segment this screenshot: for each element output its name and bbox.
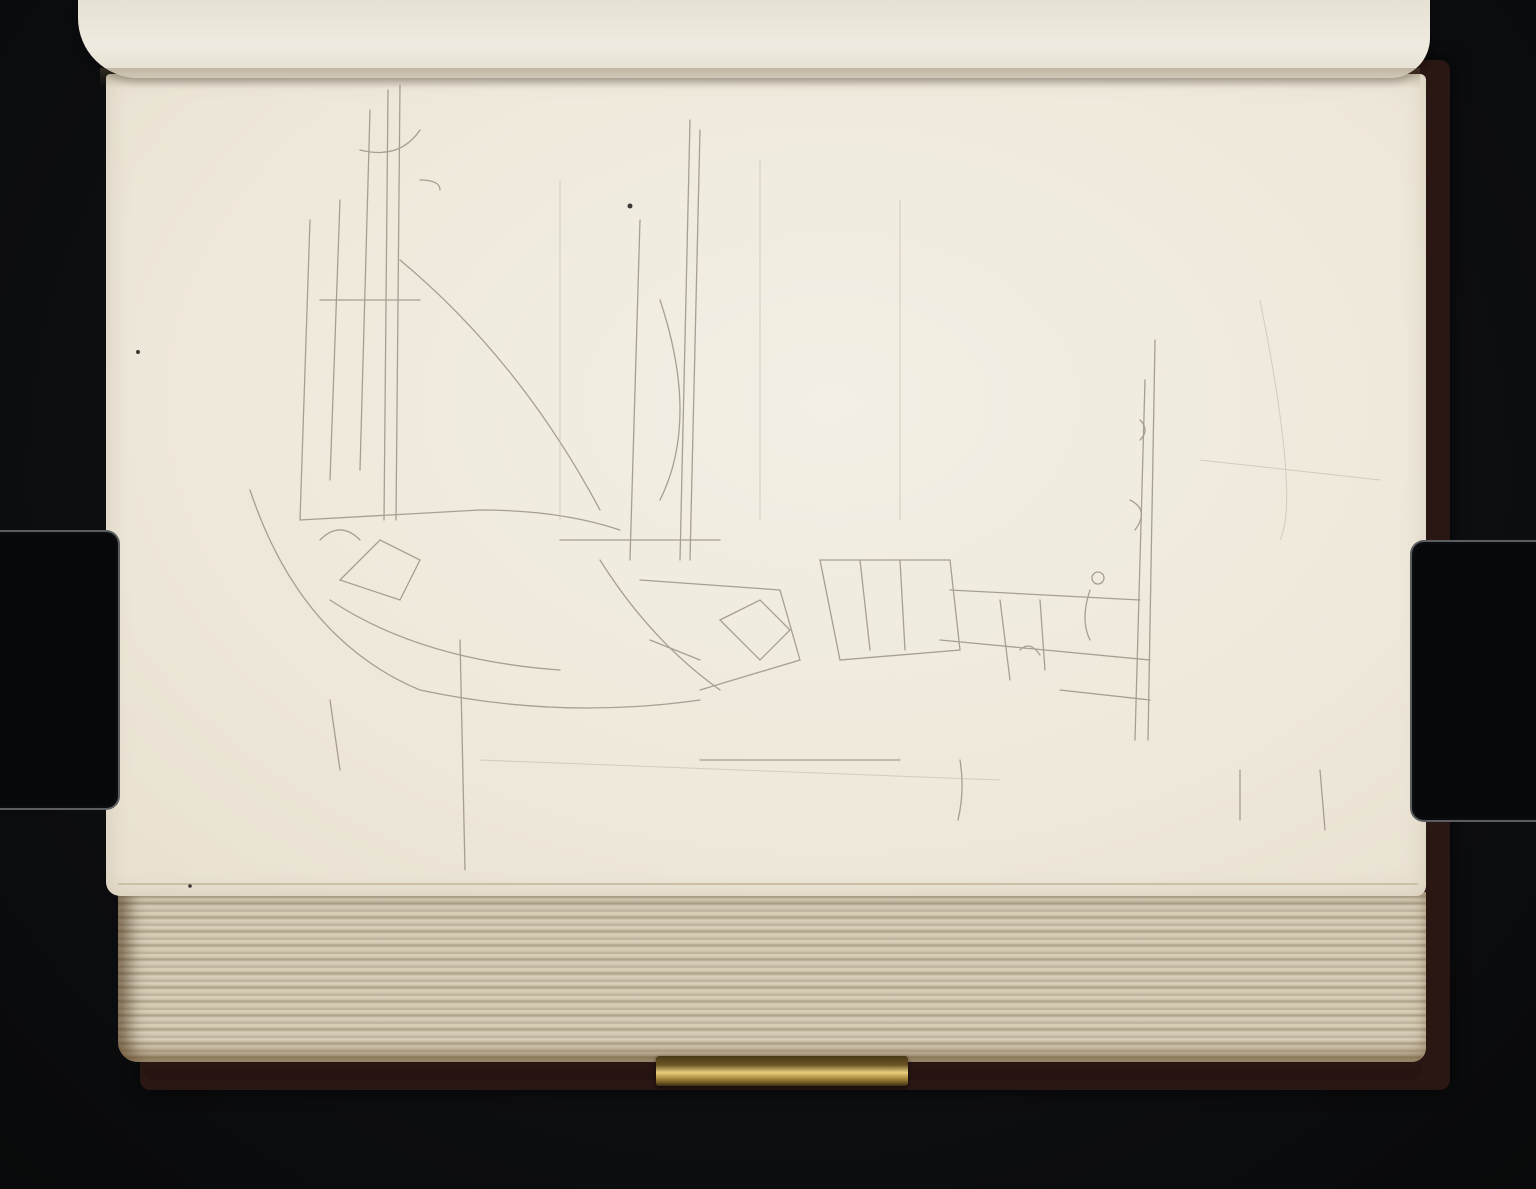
right-page-clip <box>1410 540 1536 822</box>
brass-clasp <box>656 1056 908 1086</box>
pencil-sketch <box>0 0 1536 1189</box>
left-page-clip <box>0 530 120 810</box>
